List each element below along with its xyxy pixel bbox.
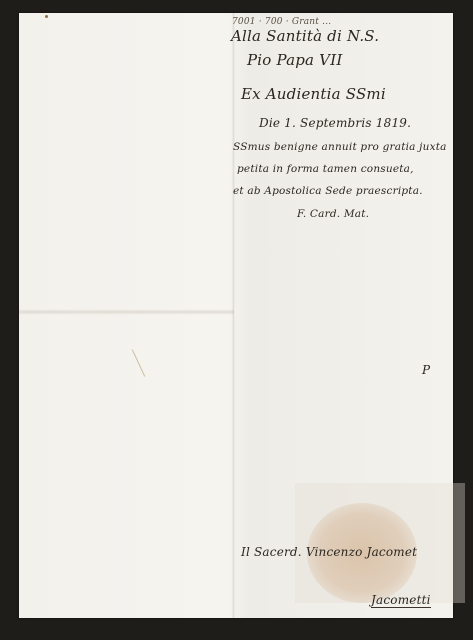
rescript-body-3: et ab Apostolica Sede praescripta. [233,185,423,197]
address-line-1: Alla Santità di N.S. [231,27,379,45]
address-line-2: Pio Papa VII [247,51,342,69]
margin-mark: P [422,363,430,377]
petitioner-name: Il Sacerd. Vincenzo Jacomet [241,545,417,559]
pencil-note: 7001 · 700 · Grant ... [232,17,331,27]
cardinal-signature: F. Card. Mat. [297,208,369,220]
rescript-date: Die 1. Septembris 1819. [259,116,411,130]
horizontal-fold [19,309,234,315]
paper-crease [132,349,146,377]
petitioner-surname: Jacometti [371,593,431,608]
rescript-body-2: petita in forma tamen consueta, [237,163,414,175]
document-page: 7001 · 700 · Grant ... Alla Santità di N… [19,13,453,618]
rescript-body-1: SSmus benigne annuit pro gratia juxta [233,141,447,153]
vertical-fold [232,13,235,618]
paper-stain [45,15,48,18]
rescript-heading: Ex Audientia SSmi [241,85,386,103]
